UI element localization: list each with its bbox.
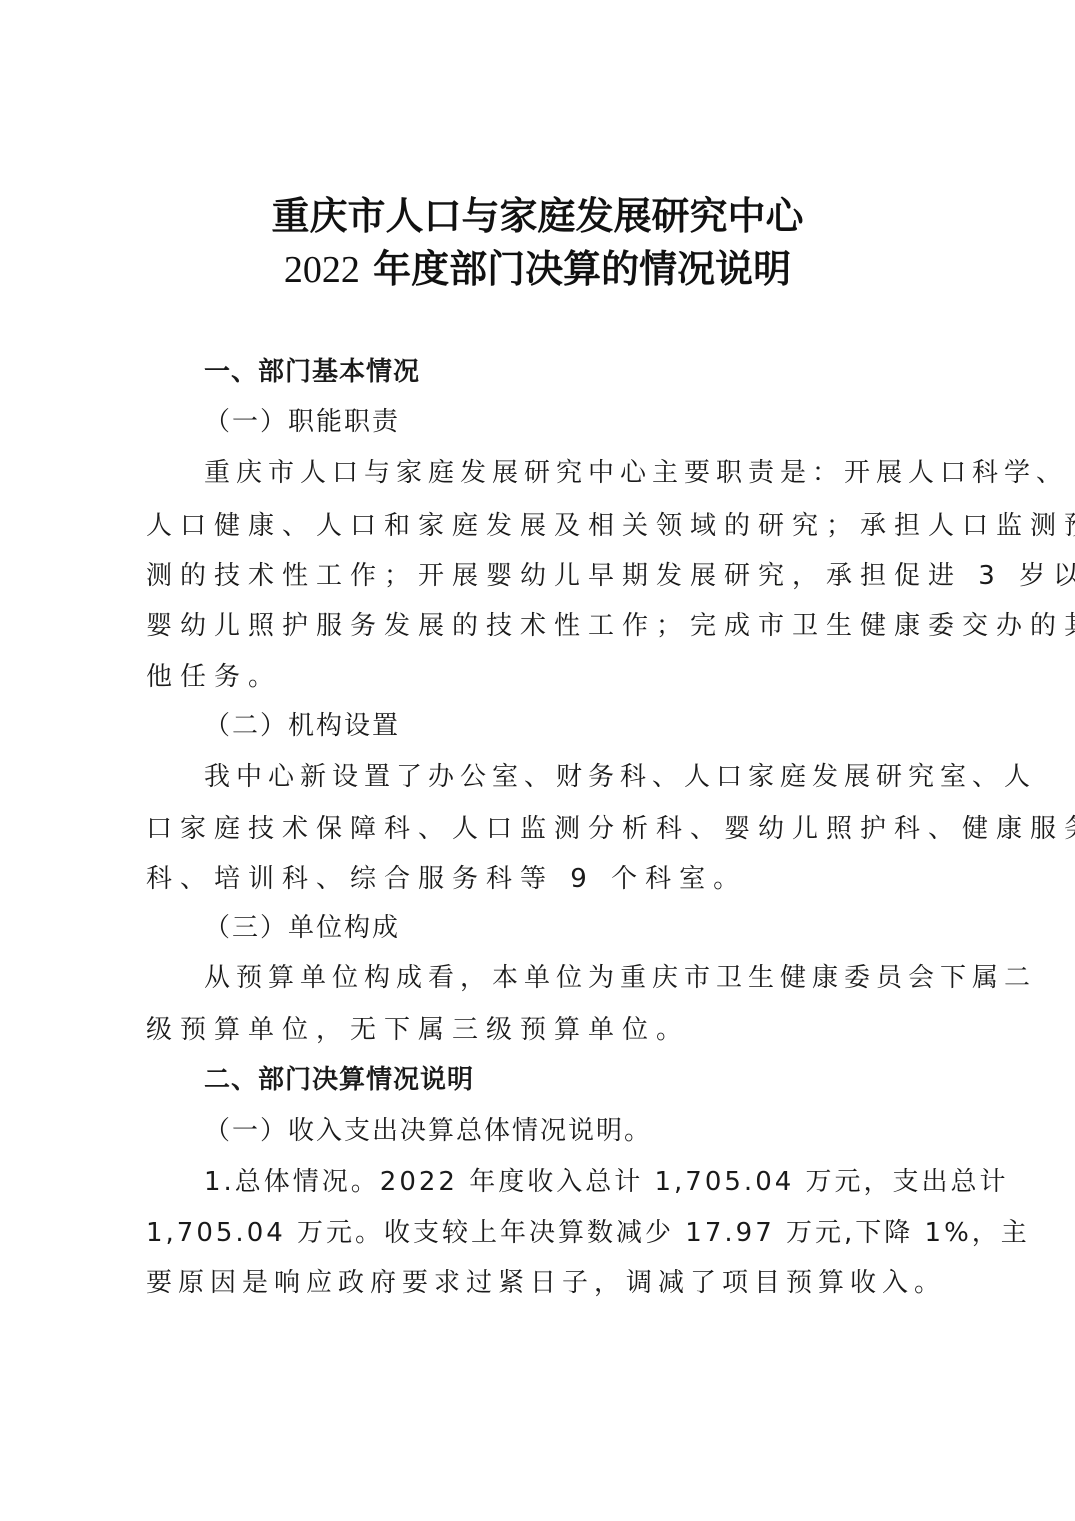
section-1-1-heading: （一）职能职责 [204,406,1004,438]
paragraph-line: 人口健康、人口和家庭发展及相关领域的研究；承担人口监测预 [146,510,946,542]
paragraph-line: 婴幼儿照护服务发展的技术性工作；完成市卫生健康委交办的其 [146,610,946,642]
section-1-2-heading: （二）机构设置 [204,710,1004,742]
paragraph-line: 从预算单位构成看，本单位为重庆市卫生健康委员会下属二 [204,962,1004,994]
paragraph-line: 口家庭技术保障科、人口监测分析科、婴幼儿照护科、健康服务 [146,813,946,845]
paragraph-line: 科、培训科、综合服务科等 9 个科室。 [146,863,946,895]
title-rest: 年度部门决算的情况说明 [360,246,791,291]
paragraph-line: 重庆市人口与家庭发展研究中心主要职责是：开展人口科学、 [204,457,1004,489]
title-year: 2022 [284,249,360,291]
section-1-3-heading: （三）单位构成 [204,912,1004,944]
document-page: 重庆市人口与家庭发展研究中心 2022 年度部门决算的情况说明 一、部门基本情况… [0,0,1075,1521]
section-2-1-heading: （一）收入支出决算总体情况说明。 [204,1115,1004,1147]
paragraph-line: 级预算单位，无下属三级预算单位。 [146,1014,946,1046]
paragraph-line: 1,705.04 万元。收支较上年决算数减少 17.97 万元,下降 1%，主 [146,1217,946,1249]
document-title-line-1: 重庆市人口与家庭发展研究中心 [0,194,1075,238]
paragraph-line: 1.总体情况。2022 年度收入总计 1,705.04 万元，支出总计 [204,1166,1004,1198]
paragraph-line: 测的技术性工作；开展婴幼儿早期发展研究，承担促进 3 岁以下 [146,560,946,592]
section-2-heading: 二、部门决算情况说明 [204,1064,1004,1096]
paragraph-line: 他任务。 [146,661,946,693]
paragraph-line: 要原因是响应政府要求过紧日子，调减了项目预算收入。 [146,1267,946,1299]
section-1-heading: 一、部门基本情况 [204,356,1004,388]
paragraph-line: 我中心新设置了办公室、财务科、人口家庭发展研究室、人 [204,761,1004,793]
document-title-line-2: 2022 年度部门决算的情况说明 [0,247,1075,292]
